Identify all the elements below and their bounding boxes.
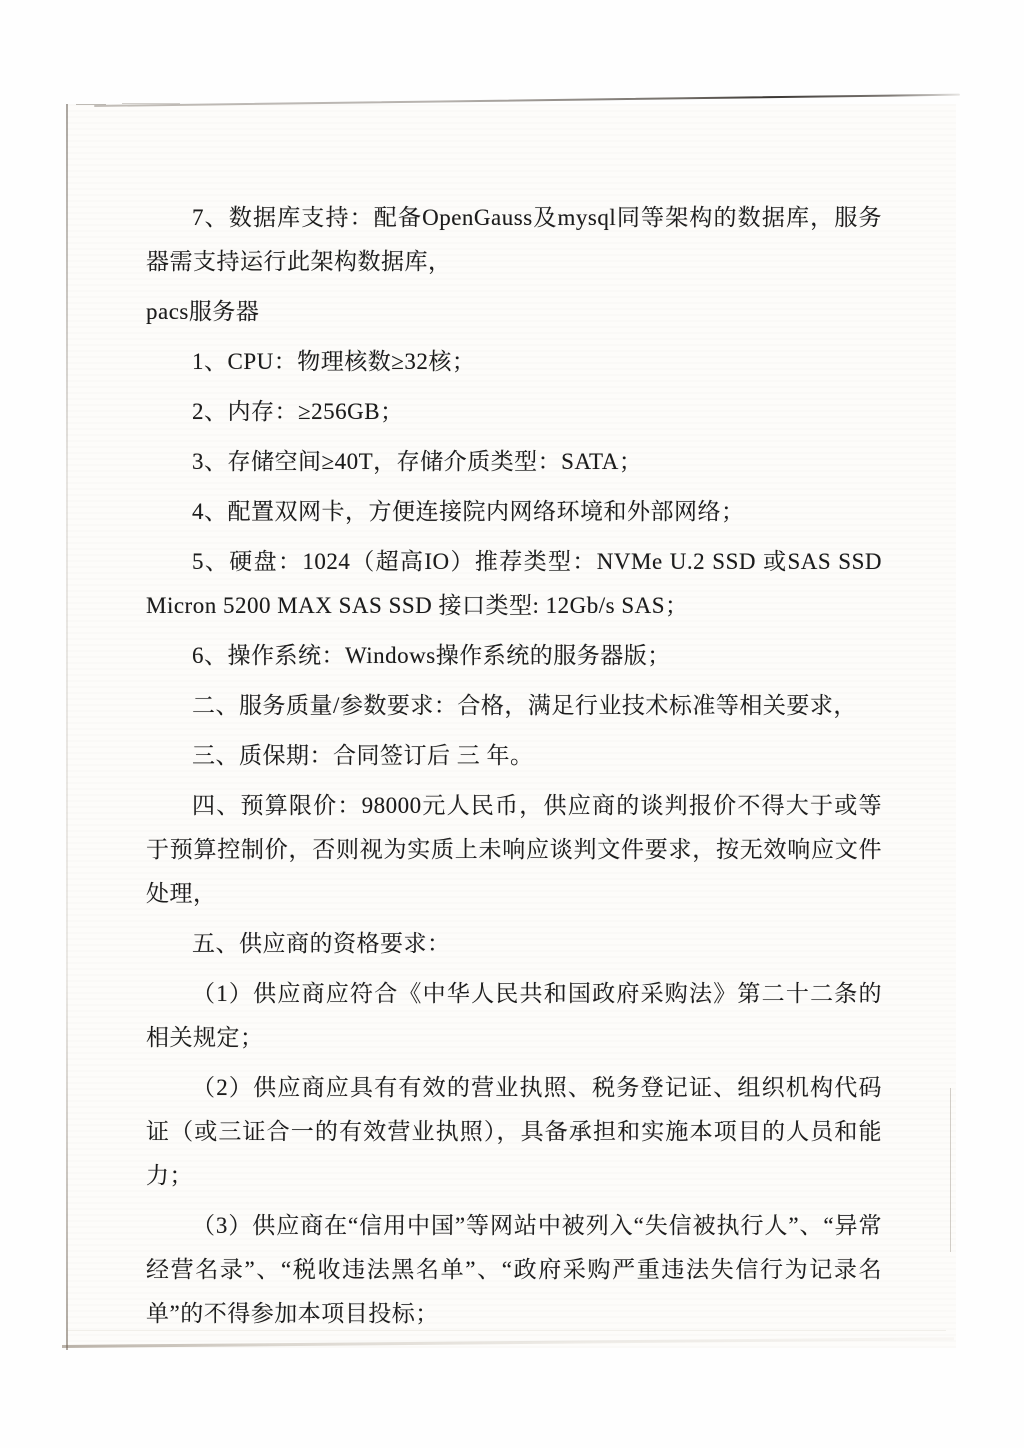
paragraph-network-spec: 4、配置双网卡，方便连接院内网络环境和外部网络； bbox=[146, 490, 882, 534]
paragraph-qualification-1: （1）供应商应符合《中华人民共和国政府采购法》第二十二条的相关规定； bbox=[146, 972, 882, 1060]
paragraph-os-spec: 6、操作系统：Windows操作系统的服务器版； bbox=[146, 634, 882, 678]
paragraph-disk-spec: 5、硬盘：1024（超高IO）推荐类型：NVMe U.2 SSD 或SAS SS… bbox=[146, 540, 882, 628]
paragraph-budget-limit: 四、预算限价：98000元人民币，供应商的谈判报价不得大于或等于预算控制价，否则… bbox=[146, 784, 882, 916]
paragraph-supplier-qualifications-heading: 五、供应商的资格要求： bbox=[146, 922, 882, 966]
scan-artifact-dash bbox=[76, 104, 106, 105]
scanned-document-page: 7、数据库支持：配备OpenGauss及mysql同等架构的数据库，服务器需支持… bbox=[0, 0, 1024, 1448]
paragraph-qualification-2: （2）供应商应具有有效的营业执照、税务登记证、组织机构代码证（或三证合一的有效营… bbox=[146, 1066, 882, 1198]
paragraph-warranty: 三、质保期：合同签订后 三 年。 bbox=[146, 734, 882, 778]
paragraph-cpu-spec: 1、CPU：物理核数≥32核； bbox=[146, 340, 882, 384]
paragraph-qualification-3: （3）供应商在“信用中国”等网站中被列入“失信被执行人”、“异常经营名录”、“税… bbox=[146, 1204, 882, 1336]
scan-artifact-dash bbox=[122, 103, 180, 104]
paragraph-pacs-server-heading: pacs服务器 bbox=[146, 290, 882, 334]
paragraph-memory-spec: 2、内存：≥256GB； bbox=[146, 390, 882, 434]
document-text: 7、数据库支持：配备OpenGauss及mysql同等架构的数据库，服务器需支持… bbox=[146, 196, 882, 1342]
paragraph-storage-spec: 3、存储空间≥40T，存储介质类型：SATA； bbox=[146, 440, 882, 484]
paragraph-database-support: 7、数据库支持：配备OpenGauss及mysql同等架构的数据库，服务器需支持… bbox=[146, 196, 882, 284]
paper-left-edge bbox=[66, 104, 68, 1350]
paper-right-edge bbox=[950, 1088, 951, 1252]
paragraph-service-quality: 二、服务质量/参数要求：合格，满足行业技术标准等相关要求， bbox=[146, 684, 882, 728]
